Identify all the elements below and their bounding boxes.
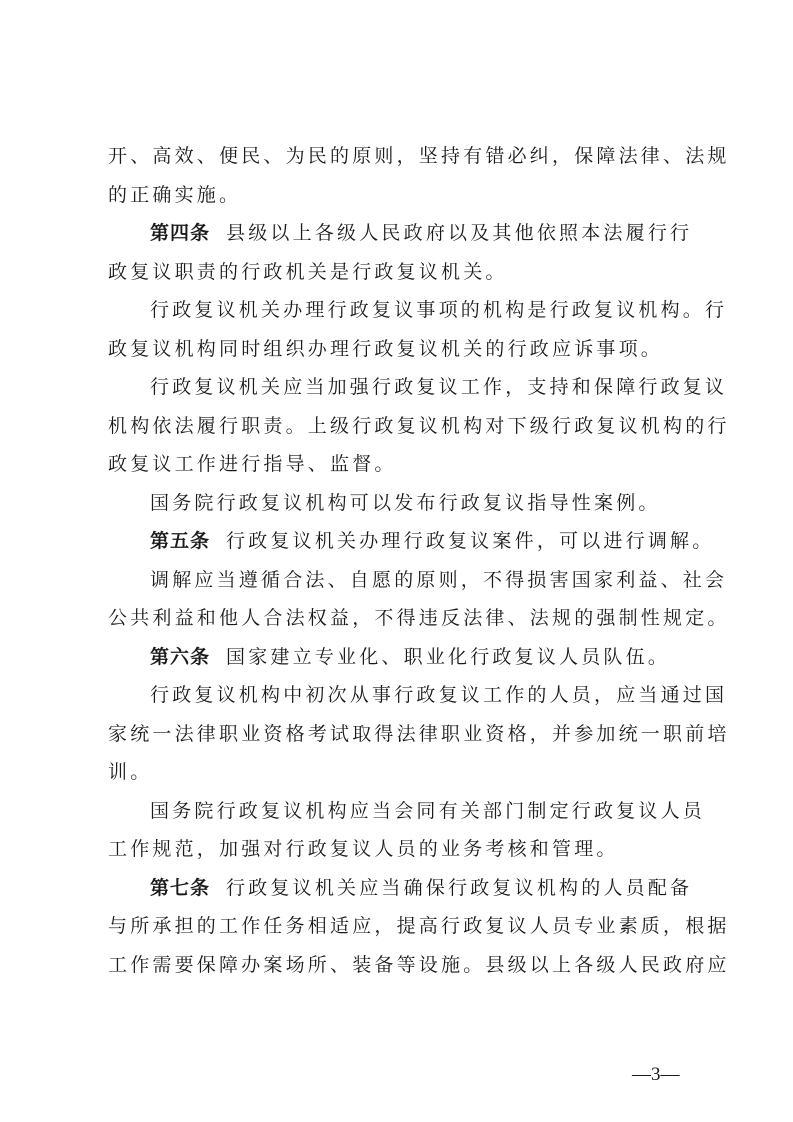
line-text: 政复议工作进行指导、监督。 xyxy=(108,453,397,475)
line-text: 国家建立专业化、职业化行政复议人员队伍。 xyxy=(226,646,670,668)
text-line: 政复议机构同时组织办理行政复议机关的行政应诉事项。 xyxy=(108,330,688,369)
line-text: 公共利益和他人合法权益，不得违反法律、法规的强制性规定。 xyxy=(108,607,730,629)
text-line: 政复议职责的行政机关是行政复议机关。 xyxy=(108,253,688,292)
line-text: 行政复议机构中初次从事行政复议工作的人员，应当通过国 xyxy=(150,684,727,706)
line-text: 行政复议机关办理行政复议案件，可以进行调解。 xyxy=(226,530,714,552)
text-line: 政复议工作进行指导、监督。 xyxy=(108,445,688,484)
text-line: 第五条行政复议机关办理行政复议案件，可以进行调解。 xyxy=(108,522,688,561)
text-line: 开、高效、便民、为民的原则，坚持有错必纠，保障法律、法规 xyxy=(108,137,688,176)
line-text: 训。 xyxy=(108,761,152,783)
text-line: 行政复议机构中初次从事行政复议工作的人员，应当通过国 xyxy=(108,676,688,715)
line-text: 行政复议机关应当确保行政复议机构的人员配备 xyxy=(226,877,692,899)
article-heading: 第五条 xyxy=(150,530,210,552)
document-page: 开、高效、便民、为民的原则，坚持有错必纠，保障法律、法规 的正确实施。 第四条县… xyxy=(0,0,793,1122)
line-text: 行政复议机关办理行政复议事项的机构是行政复议机构。行 xyxy=(150,299,727,321)
text-line: 家统一法律职业资格考试取得法律职业资格，并参加统一职前培 xyxy=(108,715,688,754)
line-text: 国务院行政复议机构可以发布行政复议指导性案例。 xyxy=(150,492,661,514)
line-text: 政复议机构同时组织办理行政复议机关的行政应诉事项。 xyxy=(108,338,663,360)
page-number: —3— xyxy=(632,1064,680,1086)
text-line: 行政复议机关办理行政复议事项的机构是行政复议机构。行 xyxy=(108,291,688,330)
line-text: 工作需要保障办案场所、装备等设施。县级以上各级人民政府应 xyxy=(108,954,730,976)
text-line: 国务院行政复议机构应当会同有关部门制定行政复议人员 xyxy=(108,792,688,831)
line-text: 与所承担的工作任务相适应，提高行政复议人员专业素质，根据 xyxy=(108,915,730,937)
text-line: 机构依法履行职责。上级行政复议机构对下级行政复议机构的行 xyxy=(108,407,688,446)
line-text: 县级以上各级人民政府以及其他依照本法履行行 xyxy=(226,222,692,244)
text-line: 第七条行政复议机关应当确保行政复议机构的人员配备 xyxy=(108,869,688,908)
line-text: 开、高效、便民、为民的原则，坚持有错必纠，保障法律、法规 xyxy=(108,145,730,167)
article-heading: 第四条 xyxy=(150,222,210,244)
line-text: 行政复议机关应当加强行政复议工作，支持和保障行政复议 xyxy=(150,376,727,398)
text-line: 国务院行政复议机构可以发布行政复议指导性案例。 xyxy=(108,484,688,523)
article-heading: 第六条 xyxy=(150,646,210,668)
text-line: 工作规范，加强对行政复议人员的业务考核和管理。 xyxy=(108,830,688,869)
text-line: 调解应当遵循合法、自愿的原则，不得损害国家利益、社会 xyxy=(108,561,688,600)
text-line: 公共利益和他人合法权益，不得违反法律、法规的强制性规定。 xyxy=(108,599,688,638)
line-text: 国务院行政复议机构应当会同有关部门制定行政复议人员 xyxy=(150,800,705,822)
text-line: 与所承担的工作任务相适应，提高行政复议人员专业素质，根据 xyxy=(108,907,688,946)
text-line: 第六条国家建立专业化、职业化行政复议人员队伍。 xyxy=(108,638,688,677)
text-line: 训。 xyxy=(108,753,688,792)
line-text: 家统一法律职业资格考试取得法律职业资格，并参加统一职前培 xyxy=(108,723,730,745)
line-text: 机构依法履行职责。上级行政复议机构对下级行政复议机构的行 xyxy=(108,415,730,437)
text-line: 行政复议机关应当加强行政复议工作，支持和保障行政复议 xyxy=(108,368,688,407)
text-line: 第四条县级以上各级人民政府以及其他依照本法履行行 xyxy=(108,214,688,253)
text-line: 工作需要保障办案场所、装备等设施。县级以上各级人民政府应 xyxy=(108,946,688,985)
line-text: 工作规范，加强对行政复议人员的业务考核和管理。 xyxy=(108,838,619,860)
line-text: 政复议职责的行政机关是行政复议机关。 xyxy=(108,261,508,283)
body-text: 开、高效、便民、为民的原则，坚持有错必纠，保障法律、法规 的正确实施。 第四条县… xyxy=(108,137,688,984)
line-text: 调解应当遵循合法、自愿的原则，不得损害国家利益、社会 xyxy=(150,569,727,591)
text-line: 的正确实施。 xyxy=(108,176,688,215)
article-heading: 第七条 xyxy=(150,877,210,899)
line-text: 的正确实施。 xyxy=(108,184,241,206)
